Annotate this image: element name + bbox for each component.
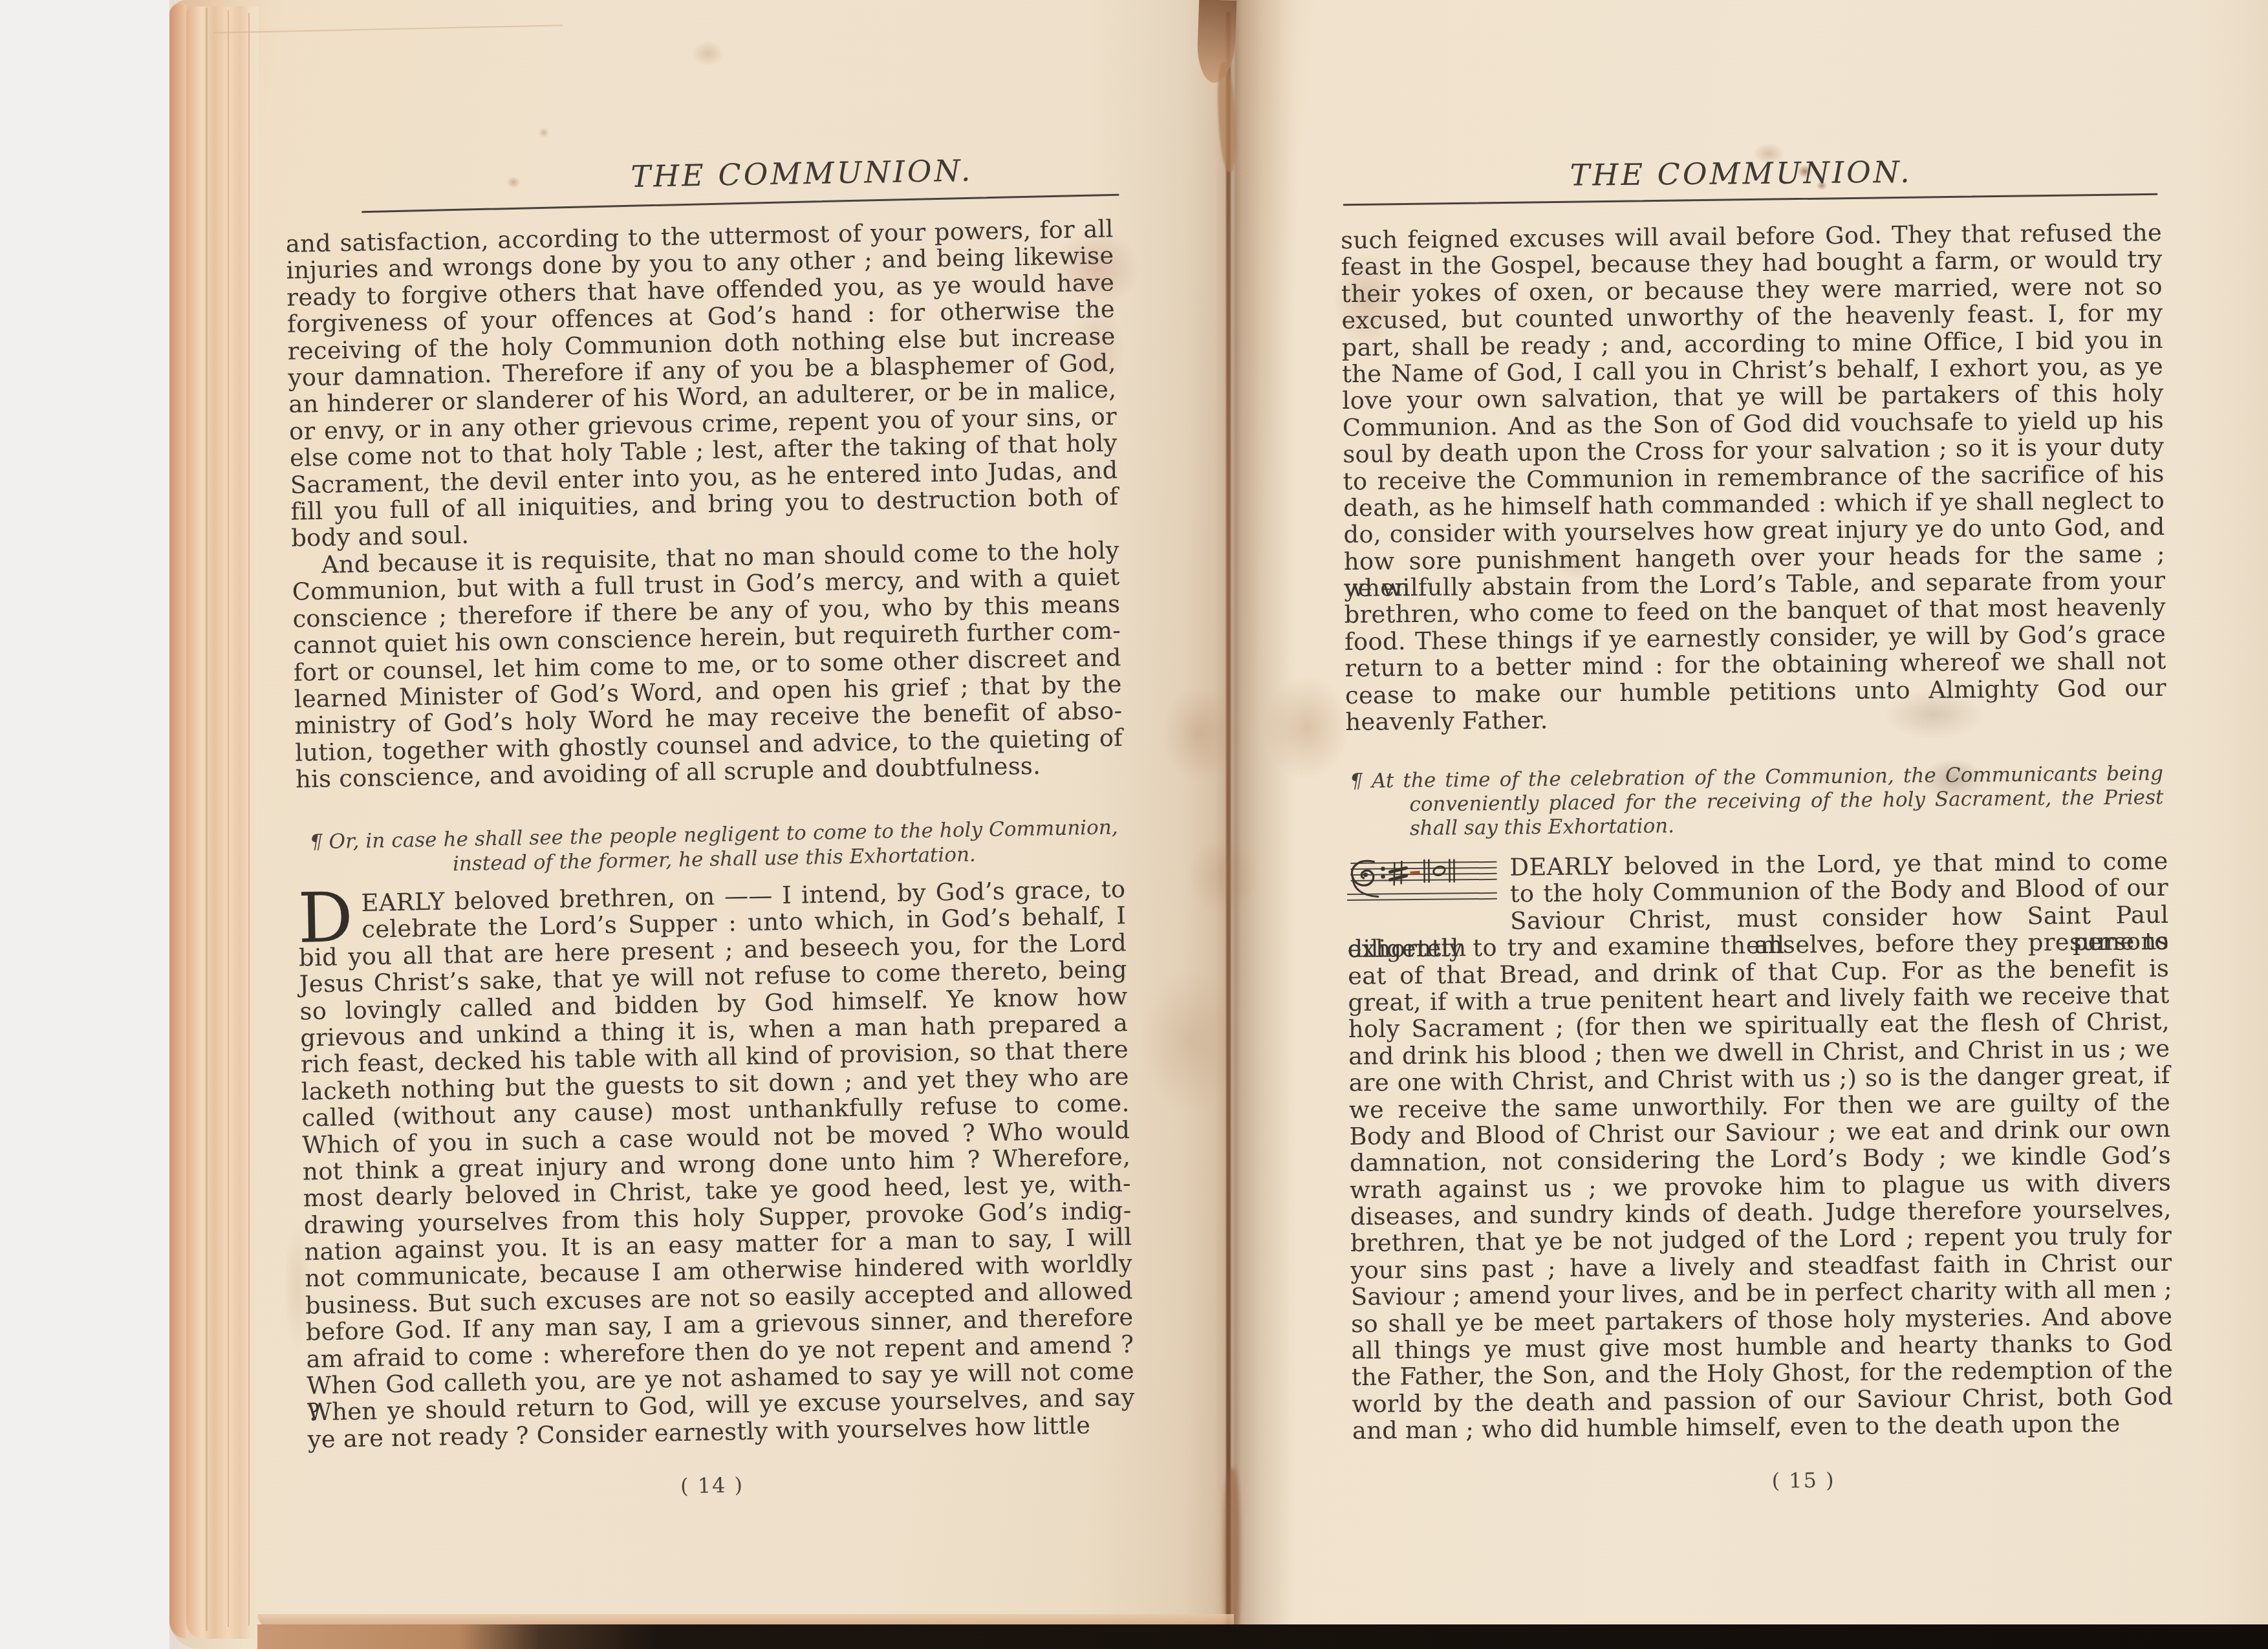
page-edge-line bbox=[206, 8, 208, 1631]
left-head-rule bbox=[362, 194, 1119, 213]
left-paragraph-2: And because it is requisite, that no man… bbox=[292, 537, 1124, 793]
music-staff-icon bbox=[1346, 857, 1501, 910]
page-edge-line bbox=[228, 10, 229, 1627]
right-page-content: THE COMMUNION. such feigned excuses will… bbox=[1340, 155, 2174, 1520]
left-paragraph-1: and satisfaction, according to the utter… bbox=[285, 215, 1119, 552]
right-head-rule bbox=[1343, 193, 2158, 206]
book-scan: THE COMMUNION. and satisfaction, accordi… bbox=[0, 0, 2268, 1649]
right-rubric: ¶ At the time of the celebration of the … bbox=[1350, 761, 2164, 841]
right-paragraph-1: such feigned excuses will avail before G… bbox=[1341, 219, 2166, 736]
right-exhortation-lines: DEARLY beloved in the Lord, ye that mind… bbox=[1346, 848, 2174, 1445]
page-edge-outer bbox=[169, 4, 186, 1639]
page-edge-line bbox=[248, 13, 250, 1626]
left-exhortation: D EARLY beloved brethren, on —— I intend… bbox=[297, 876, 1136, 1453]
left-page-content: THE COMMUNION. and satisfaction, accordi… bbox=[285, 154, 1137, 1527]
dropcap-letter: D bbox=[297, 891, 354, 944]
left-exhortation-lines: EARLY beloved brethren, on —— I intend, … bbox=[297, 876, 1136, 1453]
right-folio: ( 15 ) bbox=[1771, 1468, 1835, 1493]
scan-shadow-band bbox=[257, 1624, 2268, 1649]
right-running-head: THE COMMUNION. bbox=[1469, 153, 2013, 193]
left-folio: ( 14 ) bbox=[680, 1472, 744, 1498]
right-exhortation: DEARLY beloved in the Lord, ye that mind… bbox=[1346, 848, 2174, 1445]
book-spine bbox=[1226, 12, 1231, 1641]
left-rubric: ¶ Or, in case he shall see the people ne… bbox=[309, 815, 1118, 879]
